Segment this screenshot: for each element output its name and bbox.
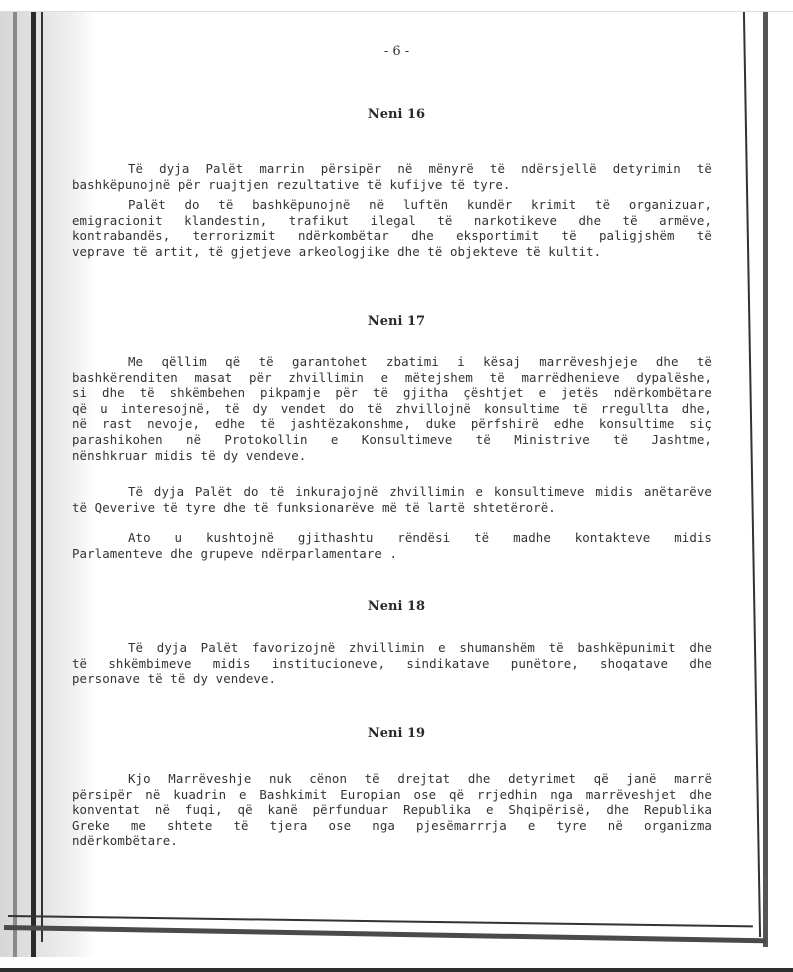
text-line: bashkëpunojnë për ruajtjen rezultative t…	[72, 177, 712, 193]
text-line: përsipër në kuadrin e Bashkimit Europian…	[72, 787, 712, 803]
text-line: Të dyja Palët favorizojnë zhvillimin e s…	[72, 640, 712, 656]
scanned-document-page: - 6 - Neni 16 Të dyja Palët marrin përsi…	[0, 0, 793, 972]
text-line: parashikohen në Protokollin e Konsultime…	[72, 432, 712, 448]
page-number: - 6 -	[0, 44, 793, 59]
border-line-left-outer	[13, 12, 17, 957]
text-line: Të dyja Palët marrin përsipër në mënyrë …	[72, 161, 712, 177]
article-17-paragraph-3: Ato u kushtojnë gjithashtu rëndësi të ma…	[72, 530, 712, 561]
article-16-paragraph-1: Të dyja Palët marrin përsipër në mënyrë …	[72, 161, 712, 192]
article-16-paragraph-2: Palët do të bashkëpunojnë në luftën kund…	[72, 197, 712, 259]
border-line-left-thick	[31, 12, 36, 957]
text-line: Me qëllim që të garantohet zbatimi i kës…	[72, 354, 712, 370]
article-heading-18: Neni 18	[0, 599, 793, 614]
text-line: si dhe të shkëmbehen pikpamje për të gji…	[72, 385, 712, 401]
text-line: Ato u kushtojnë gjithashtu rëndësi të ma…	[72, 530, 712, 546]
border-line-bottom-inner	[8, 915, 753, 927]
border-line-right-inner	[743, 12, 761, 937]
text-line: që u interesojnë, të dy vendet do të zhv…	[72, 401, 712, 417]
text-line: Kjo Marrëveshje nuk cënon të drejtat dhe…	[72, 771, 712, 787]
text-line: personave të të dy vendeve.	[72, 671, 712, 687]
article-heading-16: Neni 16	[0, 107, 793, 122]
text-line: veprave të artit, të gjetjeve arkeologji…	[72, 244, 712, 260]
border-line-left-inner	[41, 12, 43, 942]
border-line-right-outer	[763, 12, 768, 947]
article-heading-17: Neni 17	[0, 314, 793, 329]
text-line: ndërkombëtare.	[72, 833, 712, 849]
article-18-paragraph-1: Të dyja Palët favorizojnë zhvillimin e s…	[72, 640, 712, 687]
text-line: Të dyja Palët do të inkurajojnë zhvillim…	[72, 484, 712, 500]
text-line: bashkërenditen masat për zhvillimin e më…	[72, 370, 712, 386]
article-17-paragraph-2: Të dyja Palët do të inkurajojnë zhvillim…	[72, 484, 712, 515]
article-19-paragraph-1: Kjo Marrëveshje nuk cënon të drejtat dhe…	[72, 771, 712, 849]
viewer-bottom-bar	[0, 968, 793, 972]
text-line: Greke me shtete të tjera ose nga pjesëma…	[72, 818, 712, 834]
text-line: emigracionit klandestin, trafikut ilegal…	[72, 213, 712, 229]
text-line: Palët do të bashkëpunojnë në luftën kund…	[72, 197, 712, 213]
article-17-paragraph-1: Me qëllim që të garantohet zbatimi i kës…	[72, 354, 712, 463]
text-line: kontrabandës, terrorizmit ndërkombëtar d…	[72, 228, 712, 244]
article-heading-19: Neni 19	[0, 726, 793, 741]
text-line: Parlamenteve dhe grupeve ndërparlamentar…	[72, 546, 712, 562]
text-line: konventat në fuqi, që kanë përfunduar Re…	[72, 802, 712, 818]
text-line: nënshkruar midis të dy vendeve.	[72, 448, 712, 464]
border-line-bottom-outer	[4, 925, 766, 943]
text-line: në rast nevoje, edhe të jashtëzakonshme,…	[72, 416, 712, 432]
text-line: të shkëmbimeve midis institucioneve, sin…	[72, 656, 712, 672]
text-line: të Qeverive të tyre dhe të funksionarëve…	[72, 500, 712, 516]
